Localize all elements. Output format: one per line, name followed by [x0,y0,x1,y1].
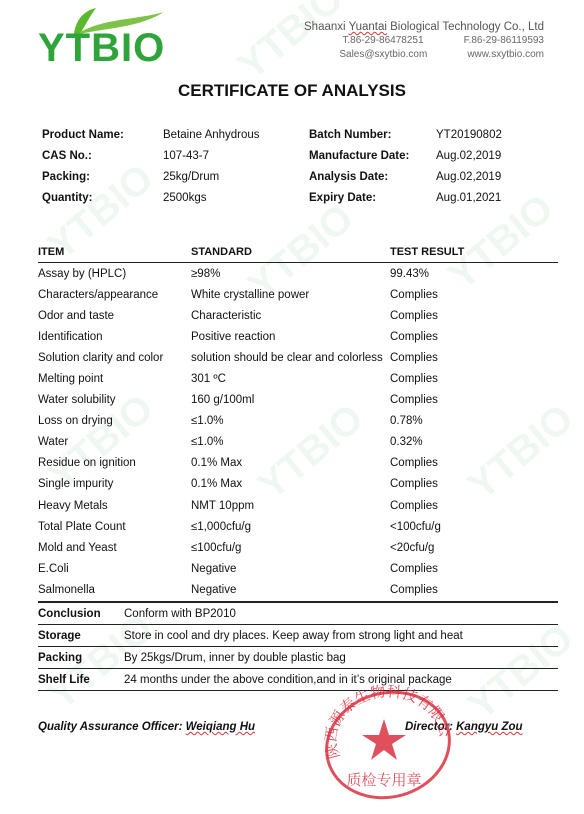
summary-value: By 25kgs/Drum, inner by double plastic b… [124,647,558,669]
standard-cell: Positive reaction [191,326,390,347]
standard-cell: White crystalline power [191,284,390,305]
table-row: Odor and tasteCharacteristicComplies [38,305,558,326]
item-cell: Salmonella [38,579,191,601]
table-row: Assay by (HPLC)≥98%99.43% [38,263,558,285]
table-row: Solution clarity and colorsolution shoul… [38,347,558,368]
table-row: Total Plate Count≤1,000cfu/g<100cfu/g [38,516,558,537]
standard-cell: 0.1% Max [191,453,390,474]
result-cell: <20cfu/g [390,537,558,558]
table-row: IdentificationPositive reactionComplies [38,326,558,347]
item-cell: Assay by (HPLC) [38,263,191,285]
result-cell: 0.32% [390,432,558,453]
standard-cell: NMT 10ppm [191,495,390,516]
summary-label: Storage [38,625,124,647]
summary-label: Shelf Life [38,669,124,691]
result-cell: Complies [390,368,558,389]
summary-value: Store in cool and dry places. Keep away … [124,625,558,647]
company-tel: T.86-29-86478251 [342,34,423,48]
table-row: Single impurity0.1% MaxComplies [38,474,558,495]
item-cell: Single impurity [38,474,191,495]
spec-table-header: ITEM STANDARD TEST RESULT [38,242,558,263]
summary-row: StorageStore in cool and dry places. Kee… [38,625,558,647]
standard-cell: Negative [191,558,390,579]
standard-cell: 0.1% Max [191,474,390,495]
standard-cell: ≤1.0% [191,411,390,432]
summary-row: ConclusionConform with BP2010 [38,603,558,625]
svg-text:质检专用章: 质检专用章 [346,771,421,789]
company-stamp: 陕西源泰生物科技有限公司 质检专用章 [318,685,458,805]
result-cell: Complies [390,347,558,368]
product-info: Product Name:Betaine Anhydrous Batch Num… [42,124,562,208]
item-cell: Loss on drying [38,411,191,432]
summary-row: PackingBy 25kgs/Drum, inner by double pl… [38,647,558,669]
result-cell: Complies [390,558,558,579]
item-cell: Mold and Yeast [38,537,191,558]
company-website[interactable]: www.sxytbio.com [467,48,544,62]
result-cell: Complies [390,305,558,326]
item-cell: Water solubility [38,390,191,411]
info-row: Packing:25kg/Drum Analysis Date:Aug.02,2… [42,166,562,187]
standard-cell: solution should be clear and colorless [191,347,390,368]
item-cell: Solution clarity and color [38,347,191,368]
table-row: Loss on drying≤1.0%0.78% [38,411,558,432]
item-cell: Odor and taste [38,305,191,326]
summary-label: Conclusion [38,603,124,625]
table-row: Residue on ignition0.1% MaxComplies [38,453,558,474]
summary-value: Conform with BP2010 [124,603,558,625]
summary-table: ConclusionConform with BP2010StorageStor… [38,602,558,691]
star-icon [362,719,406,760]
logo-text: YTBIO [38,26,165,71]
company-name: Shaanxi Yuantai Biological Technology Co… [304,20,544,34]
result-cell: Complies [390,474,558,495]
result-cell: Complies [390,495,558,516]
standard-cell: 160 g/100ml [191,390,390,411]
item-cell: Total Plate Count [38,516,191,537]
standard-cell: Characteristic [191,305,390,326]
standard-cell: Negative [191,579,390,601]
company-email[interactable]: Sales@sxytbio.com [339,48,427,62]
summary-label: Packing [38,647,124,669]
info-row: CAS No.:107-43-7 Manufacture Date:Aug.02… [42,145,562,166]
info-row: Quantity:2500kgs Expiry Date:Aug.01,2021 [42,187,562,208]
table-row: Characters/appearanceWhite crystalline p… [38,284,558,305]
result-cell: 0.78% [390,411,558,432]
standard-cell: ≤1,000cfu/g [191,516,390,537]
item-cell: Water [38,432,191,453]
company-info: Shaanxi Yuantai Biological Technology Co… [304,20,544,62]
standard-cell: ≤100cfu/g [191,537,390,558]
result-cell: Complies [390,326,558,347]
table-row: Mold and Yeast≤100cfu/g<20cfu/g [38,537,558,558]
table-row: Melting point301 ºCComplies [38,368,558,389]
spec-table: ITEM STANDARD TEST RESULT Assay by (HPLC… [38,242,558,602]
info-row: Product Name:Betaine Anhydrous Batch Num… [42,124,562,145]
standard-cell: ≤1.0% [191,432,390,453]
result-cell: 99.43% [390,263,558,285]
table-row: E.ColiNegativeComplies [38,558,558,579]
result-cell: Complies [390,390,558,411]
item-cell: Characters/appearance [38,284,191,305]
result-cell: <100cfu/g [390,516,558,537]
standard-cell: ≥98% [191,263,390,285]
qa-signature: Quality Assurance Officer: Weiqiang Hu [38,721,255,733]
item-cell: Identification [38,326,191,347]
item-cell: Residue on ignition [38,453,191,474]
table-row: Water≤1.0%0.32% [38,432,558,453]
result-cell: Complies [390,579,558,601]
standard-cell: 301 ºC [191,368,390,389]
company-fax: F.86-29-86119593 [464,34,544,48]
document-title: CERTIFICATE OF ANALYSIS [0,81,584,101]
result-cell: Complies [390,284,558,305]
table-row: Heavy MetalsNMT 10ppmComplies [38,495,558,516]
item-cell: Heavy Metals [38,495,191,516]
table-row: Water solubility160 g/100mlComplies [38,390,558,411]
summary-row: Shelf Life24 months under the above cond… [38,669,558,691]
item-cell: E.Coli [38,558,191,579]
company-logo: YTBIO [38,4,178,64]
item-cell: Melting point [38,368,191,389]
result-cell: Complies [390,453,558,474]
table-row: SalmonellaNegativeComplies [38,579,558,601]
